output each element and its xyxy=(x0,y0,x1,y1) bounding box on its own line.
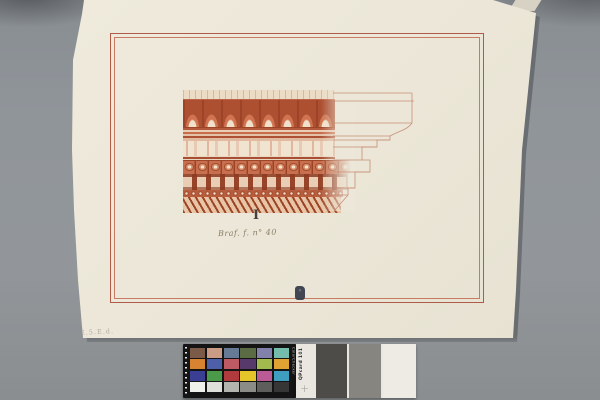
color-patch xyxy=(240,359,255,369)
drawing-sheet: I Braf. f. n° 40 E.5.E.d. xyxy=(70,0,537,338)
cornice-profile-outline xyxy=(328,90,435,211)
color-patch xyxy=(274,382,289,392)
checker-tick-marks xyxy=(185,347,188,395)
checker-patch-grid xyxy=(190,348,289,392)
color-patch xyxy=(207,382,222,392)
color-patch xyxy=(207,371,222,381)
color-patch xyxy=(240,382,255,392)
registration-cross-icon: + xyxy=(300,384,309,394)
gray-patch xyxy=(349,344,380,398)
color-patch xyxy=(224,382,239,392)
color-patch xyxy=(190,371,205,381)
color-patch xyxy=(257,348,272,358)
band-bead-and-reel xyxy=(183,190,343,197)
color-patch xyxy=(190,359,205,369)
color-patch xyxy=(274,359,289,369)
gray-patch xyxy=(383,344,416,398)
color-patch xyxy=(240,371,255,381)
qp-card-label: QPcard 101 xyxy=(299,346,304,380)
cornice-drawing xyxy=(183,90,435,211)
color-patch xyxy=(207,348,222,358)
gray-patch xyxy=(316,344,347,398)
color-checker-chart: ColorChecker xyxy=(183,344,296,398)
color-patch xyxy=(190,382,205,392)
color-patch xyxy=(240,348,255,358)
color-patch xyxy=(257,371,272,381)
band-bracket-palmette xyxy=(183,100,335,128)
color-patch xyxy=(224,371,239,381)
color-patch xyxy=(224,359,239,369)
color-patch xyxy=(274,371,289,381)
qp-patch-row xyxy=(316,344,416,398)
band-scroll-frieze xyxy=(183,141,335,156)
color-patch xyxy=(224,348,239,358)
color-patch xyxy=(274,348,289,358)
qp-gray-card: QPcard 101 + xyxy=(296,344,416,398)
collection-stamp-icon xyxy=(295,286,305,300)
band-top-fascia xyxy=(183,90,335,100)
plate-numeral: I xyxy=(246,208,266,223)
color-patch xyxy=(257,359,272,369)
color-patch xyxy=(207,359,222,369)
photograph-stage: I Braf. f. n° 40 E.5.E.d. ColorChecker Q… xyxy=(0,0,600,400)
color-patch xyxy=(190,348,205,358)
accession-mark: E.5.E.d. xyxy=(80,327,114,337)
color-patch xyxy=(257,382,272,392)
checker-brand-label: ColorChecker xyxy=(292,347,296,375)
band-moldings xyxy=(183,128,335,141)
